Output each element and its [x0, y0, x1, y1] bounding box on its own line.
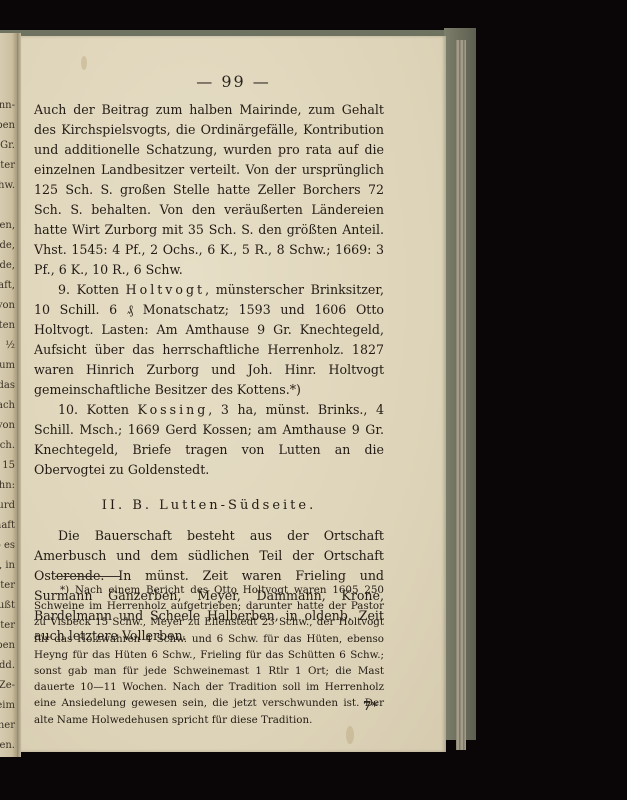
footnote-text: *) Nach einem Bericht des Otto Holtvogt … — [34, 582, 384, 728]
entry-kotten-kossing: 10. Kotten Kossing, 3 ha, münst. Brinks.… — [34, 400, 384, 480]
previous-page-text-fragment: von — [0, 300, 15, 311]
previous-page-text-fragment: äter — [0, 160, 15, 171]
previous-page-text-fragment: rben — [0, 120, 15, 131]
previous-page-text-fragment: ten, — [0, 220, 15, 231]
previous-page-text-fragment: eter — [0, 580, 15, 591]
book-page: — 99 — Auch der Beitrag zum halben Mairi… — [21, 36, 446, 752]
previous-page-text-fragment: sten — [0, 320, 15, 331]
previous-page-text-fragment: iher — [0, 720, 15, 731]
previous-page-text-fragment: zum — [0, 360, 15, 371]
paper-stain — [346, 726, 354, 744]
previous-page-text-fragment: ben — [0, 640, 15, 651]
previous-page-edge: unn-rbenGr.äterhw.ten,nde,nde,aft,vonste… — [0, 33, 17, 757]
previous-page-text-fragment: urd — [0, 500, 15, 511]
paper-stain — [81, 56, 87, 70]
previous-page-text-fragment: von — [0, 420, 15, 431]
previous-page-text-fragment: ½ — [5, 340, 15, 351]
previous-page-text-fragment: nde, — [0, 240, 15, 251]
previous-page-text-fragment: nach — [0, 400, 15, 411]
previous-page-text-fragment: 15 — [2, 460, 15, 471]
previous-page-text-fragment: hn: — [0, 480, 15, 491]
previous-page-text-fragment: eim — [0, 700, 15, 711]
previous-page-text-fragment: , in — [0, 560, 15, 571]
paragraph: Auch der Beitrag zum halben Mairinde, zu… — [34, 100, 384, 280]
previous-page-text-fragment: ußt — [0, 600, 15, 611]
previous-page-text-fragment: Sch. — [0, 440, 15, 451]
previous-page-text-fragment: Ze- — [0, 680, 15, 691]
previous-page-text-fragment: unn- — [0, 100, 15, 111]
previous-page-text-fragment: aft, — [0, 280, 15, 291]
previous-page-text-fragment: nde, — [0, 260, 15, 271]
entry-name: Holtvogt — [126, 282, 205, 297]
body-text: Auch der Beitrag zum halben Mairinde, zu… — [34, 100, 384, 646]
previous-page-text-fragment: haft — [0, 520, 15, 531]
page-block-edge — [456, 40, 466, 750]
previous-page-text-fragment: das — [0, 380, 15, 391]
previous-page-text-fragment: ster — [0, 620, 15, 631]
previous-page-text-fragment: Gr. — [0, 140, 15, 151]
footnote: *) Nach einem Bericht des Otto Holtvogt … — [34, 582, 384, 728]
previous-page-text-fragment: ndd. — [0, 660, 15, 671]
previous-page-text-fragment: o es — [0, 540, 15, 551]
footnote-divider — [55, 576, 121, 577]
section-heading: II. B. Lutten-Südseite. — [34, 496, 384, 516]
page-number: — 99 — — [21, 72, 446, 91]
entry-kotten-holtvogt: 9. Kotten Holtvogt, münsterscher Brinksi… — [34, 280, 384, 400]
entry-name: Kossing — [138, 402, 209, 417]
previous-page-text-fragment: hw. — [0, 180, 15, 191]
signature-mark: 7* — [363, 699, 378, 713]
previous-page-text-fragment: gen. — [0, 740, 15, 751]
